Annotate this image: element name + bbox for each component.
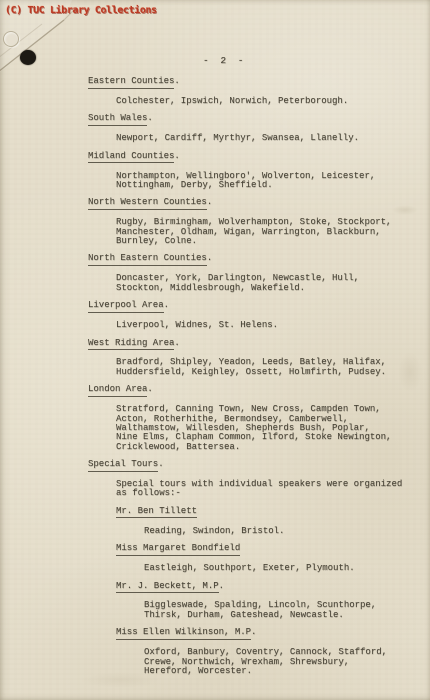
section-body: Liverpool, Widnes, St. Helens.: [116, 321, 430, 330]
section-heading-text: Mr. Ben Tillett: [116, 506, 197, 519]
section-heading-suffix: .: [174, 151, 179, 161]
document-section: Mr. J. Beckett, M.P. Biggleswade, Spaldi…: [0, 582, 430, 621]
section-body: Eastleigh, Southport, Exeter, Plymouth.: [144, 564, 430, 573]
section-heading: North Eastern Counties.: [88, 254, 430, 263]
section-heading-suffix: .: [147, 384, 152, 394]
section-heading-suffix: .: [174, 338, 179, 348]
body-line: Reading, Swindon, Bristol.: [144, 527, 430, 536]
body-line: Nottingham, Derby, Sheffield.: [116, 181, 430, 190]
section-heading: South Wales.: [88, 114, 430, 123]
document-section: Special Tours. Special tours with indivi…: [0, 460, 430, 499]
section-body: Newport, Cardiff, Myrthyr, Swansea, Llan…: [116, 134, 430, 143]
section-heading-text: North Western Counties: [88, 197, 207, 210]
section-heading-text: Mr. J. Beckett, M.P: [116, 581, 219, 594]
document-section: Midland Counties. Northampton, Wellingbo…: [0, 152, 430, 191]
section-heading-suffix: .: [207, 197, 212, 207]
section-heading: West Riding Area.: [88, 339, 430, 348]
document-section: North Western Counties. Rugby, Birmingha…: [0, 198, 430, 246]
document-section: Miss Margaret Bondfield Eastleigh, South…: [0, 544, 430, 573]
section-heading-suffix: .: [164, 300, 169, 310]
body-line: as follows:-: [116, 489, 430, 498]
section-heading: Mr. J. Beckett, M.P.: [116, 582, 430, 591]
body-line: Colchester, Ipswich, Norwich, Peterborou…: [116, 97, 430, 106]
section-heading: Eastern Counties.: [88, 77, 430, 86]
section-heading-text: Special Tours: [88, 459, 158, 472]
section-heading-text: South Wales: [88, 113, 147, 126]
body-line: Cricklewood, Battersea.: [116, 443, 430, 452]
body-line: Stockton, Middlesbrough, Wakefield.: [116, 284, 430, 293]
document-section: London Area. Stratford, Canning Town, Ne…: [0, 385, 430, 452]
copyright-watermark: (C) TUC Library Collections: [5, 5, 157, 16]
document-section: Eastern Counties. Colchester, Ipswich, N…: [0, 77, 430, 106]
document-section: Liverpool Area. Liverpool, Widnes, St. H…: [0, 301, 430, 330]
section-heading: Midland Counties.: [88, 152, 430, 161]
section-heading: London Area.: [88, 385, 430, 394]
section-heading: Special Tours.: [88, 460, 430, 469]
section-body: Reading, Swindon, Bristol.: [144, 527, 430, 536]
section-heading-suffix: .: [219, 581, 224, 591]
body-line: Liverpool, Widnes, St. Helens.: [116, 321, 430, 330]
section-heading-suffix: .: [251, 627, 256, 637]
punch-hole-dot: [20, 50, 36, 65]
section-heading: Liverpool Area.: [88, 301, 430, 310]
document-section: West Riding Area. Bradford, Shipley, Yea…: [0, 339, 430, 378]
document-section: Miss Ellen Wilkinson, M.P. Oxford, Banbu…: [0, 628, 430, 676]
section-heading-text: Liverpool Area: [88, 300, 164, 313]
document-content: Eastern Counties. Colchester, Ipswich, N…: [0, 77, 430, 684]
section-heading: North Western Counties.: [88, 198, 430, 207]
document-section: South Wales. Newport, Cardiff, Myrthyr, …: [0, 114, 430, 143]
section-heading-text: Miss Ellen Wilkinson, M.P: [116, 627, 251, 640]
section-heading-text: London Area: [88, 384, 147, 397]
body-line: Huddersfield, Keighley, Ossett, Holmfirt…: [116, 368, 430, 377]
section-heading-text: Midland Counties: [88, 151, 174, 164]
page-number: - 2 -: [203, 55, 244, 66]
document-section: Mr. Ben Tillett Reading, Swindon, Bristo…: [0, 507, 430, 536]
embossed-ring-hole: [3, 31, 19, 47]
section-heading-suffix: .: [158, 459, 163, 469]
section-heading: Miss Margaret Bondfield: [116, 544, 430, 553]
section-body: Biggleswade, Spalding, Lincoln, Scunthor…: [144, 601, 430, 620]
section-heading: Miss Ellen Wilkinson, M.P.: [116, 628, 430, 637]
section-body: Special tours with individual speakers w…: [116, 480, 430, 499]
body-line: Burnley, Colne.: [116, 237, 430, 246]
section-heading-suffix: .: [174, 76, 179, 86]
section-body: Bradford, Shipley, Yeadon, Leeds, Batley…: [116, 358, 430, 377]
section-heading-suffix: .: [207, 253, 212, 263]
body-line: Newport, Cardiff, Myrthyr, Swansea, Llan…: [116, 134, 430, 143]
section-body: Stratford, Canning Town, New Cross, Camp…: [116, 405, 430, 452]
section-body: Doncaster, York, Darlington, Newcastle, …: [116, 274, 430, 293]
body-line: Eastleigh, Southport, Exeter, Plymouth.: [144, 564, 430, 573]
section-body: Rugby, Birmingham, Wolverhampton, Stoke,…: [116, 218, 430, 246]
section-heading-text: Eastern Counties: [88, 76, 174, 89]
section-heading-suffix: .: [147, 113, 152, 123]
body-line: Hereford, Worcester.: [144, 667, 430, 676]
scanned-document-page: (C) TUC Library Collections - 2 - Easter…: [0, 0, 430, 700]
section-heading-text: West Riding Area: [88, 338, 174, 351]
section-body: Northampton, Wellingboro', Wolverton, Le…: [116, 172, 430, 191]
section-body: Colchester, Ipswich, Norwich, Peterborou…: [116, 97, 430, 106]
section-body: Oxford, Banbury, Coventry, Cannock, Staf…: [144, 648, 430, 676]
section-heading-text: North Eastern Counties: [88, 253, 207, 266]
body-line: Thirsk, Durham, Gateshead, Newcastle.: [144, 611, 430, 620]
section-heading: Mr. Ben Tillett: [116, 507, 430, 516]
document-section: North Eastern Counties. Doncaster, York,…: [0, 254, 430, 293]
section-heading-text: Miss Margaret Bondfield: [116, 543, 240, 556]
